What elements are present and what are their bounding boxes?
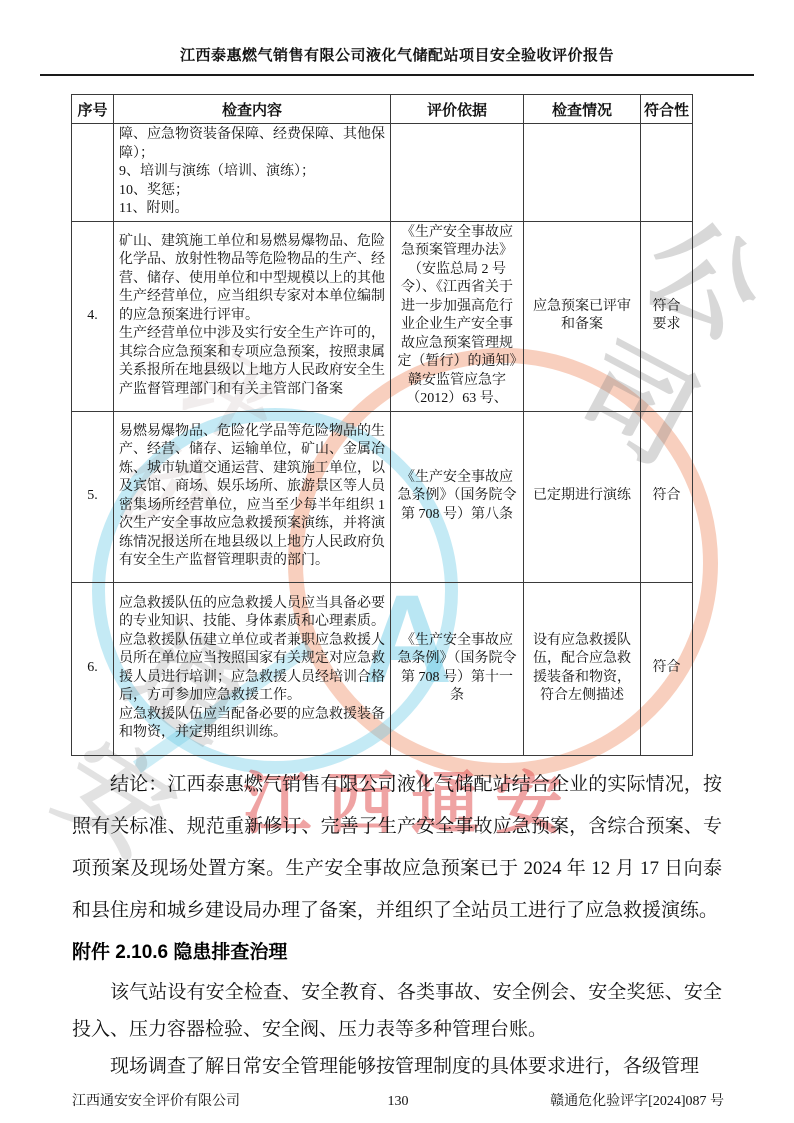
document-header: 江西泰惠燃气销售有限公司液化气储配站项目安全验收评价报告: [40, 44, 754, 76]
page-content: 江西泰惠燃气销售有限公司液化气储配站项目安全验收评价报告 序号 检查内容 评价依…: [0, 44, 794, 1085]
table-row: 4. 矿山、建筑施工单位和易燃易爆物品、危险化学品、放射性物品等危险物品的生产、…: [72, 221, 693, 411]
cell-situation: [524, 124, 641, 222]
body-text-block-2: 该气站设有安全检查、安全教育、各类事故、安全例会、安全奖惩、安全投入、压力容器检…: [72, 974, 722, 1085]
cell-content: 易燃易爆物品、危险化学品等危险物品的生产、经营、储存、运输单位，矿山、金属冶炼、…: [114, 411, 391, 582]
cell-compliance: 符合: [641, 411, 693, 582]
column-header-compliance: 符合性: [641, 95, 693, 124]
column-header-no: 序号: [72, 95, 114, 124]
cell-content: 应急救援队伍的应急救援人员应当具备必要的专业知识、技能、身体素质和心理素质。 应…: [114, 582, 391, 755]
cell-basis: 《生产安全事故应急条例》（国务院令第 708 号）第八条: [391, 411, 524, 582]
column-header-content: 检查内容: [114, 95, 391, 124]
document-page: A 公司 评价 通安 江西通安 江西泰惠燃气销售有限公司液化气储配站项目安全验收…: [0, 0, 794, 1123]
cell-situation: 设有应急救援队伍，配合应急救援装备和物资，符合左侧描述: [524, 582, 641, 755]
footer-company-name: 江西通安安全评价有限公司: [72, 1090, 289, 1110]
page-title: 江西泰惠燃气销售有限公司液化气储配站项目安全验收评价报告: [40, 44, 754, 65]
footer-document-number: 赣通危化验评字[2024]087 号: [507, 1090, 724, 1110]
cell-no: 6.: [72, 582, 114, 755]
attachment-heading: 附件 2.10.6 隐患排查治理: [72, 934, 722, 972]
paragraph-ledgers: 该气站设有安全检查、安全教育、各类事故、安全例会、安全奖惩、安全投入、压力容器检…: [72, 974, 722, 1048]
column-header-situation: 检查情况: [524, 95, 641, 124]
cell-situation: 已定期进行演练: [524, 411, 641, 582]
cell-compliance: [641, 124, 693, 222]
table-row: 障、应急物资装备保障、经费保障、其他保障）； 9、培训与演练（培训、演练）； 1…: [72, 124, 693, 222]
table-header-row: 序号 检查内容 评价依据 检查情况 符合性: [72, 95, 693, 124]
cell-no: [72, 124, 114, 222]
inspection-table: 序号 检查内容 评价依据 检查情况 符合性 障、应急物资装备保障、经费保障、其他…: [71, 94, 693, 756]
cell-content: 矿山、建筑施工单位和易燃易爆物品、危险化学品、放射性物品等危险物品的生产、经营、…: [114, 221, 391, 411]
cell-basis: 《生产安全事故应急预案管理办法》（安监总局 2 号令）、《江西省关于进一步加强高…: [391, 221, 524, 411]
column-header-basis: 评价依据: [391, 95, 524, 124]
cell-situation: 应急预案已评审和备案: [524, 221, 641, 411]
cell-basis: [391, 124, 524, 222]
table-row: 5. 易燃易爆物品、危险化学品等危险物品的生产、经营、储存、运输单位，矿山、金属…: [72, 411, 693, 582]
cell-no: 5.: [72, 411, 114, 582]
cell-content: 障、应急物资装备保障、经费保障、其他保障）； 9、培训与演练（培训、演练）； 1…: [114, 124, 391, 222]
conclusion-paragraph: 结论：江西泰惠燃气销售有限公司液化气储配站结合企业的实际情况，按照有关标准、规范…: [72, 764, 722, 932]
cell-no: 4.: [72, 221, 114, 411]
footer-page-number: 130: [289, 1094, 506, 1110]
table-row: 6. 应急救援队伍的应急救援人员应当具备必要的专业知识、技能、身体素质和心理素质…: [72, 582, 693, 755]
cell-basis: 《生产安全事故应急条例》（国务院令第 708 号）第十一条: [391, 582, 524, 755]
body-text-block: 结论：江西泰惠燃气销售有限公司液化气储配站结合企业的实际情况，按照有关标准、规范…: [72, 764, 722, 932]
paragraph-site-survey: 现场调查了解日常安全管理能够按管理制度的具体要求进行，各级管理: [72, 1048, 722, 1085]
page-footer: 江西通安安全评价有限公司 130 赣通危化验评字[2024]087 号: [72, 1090, 724, 1110]
cell-compliance: 符合要求: [641, 221, 693, 411]
cell-compliance: 符合: [641, 582, 693, 755]
